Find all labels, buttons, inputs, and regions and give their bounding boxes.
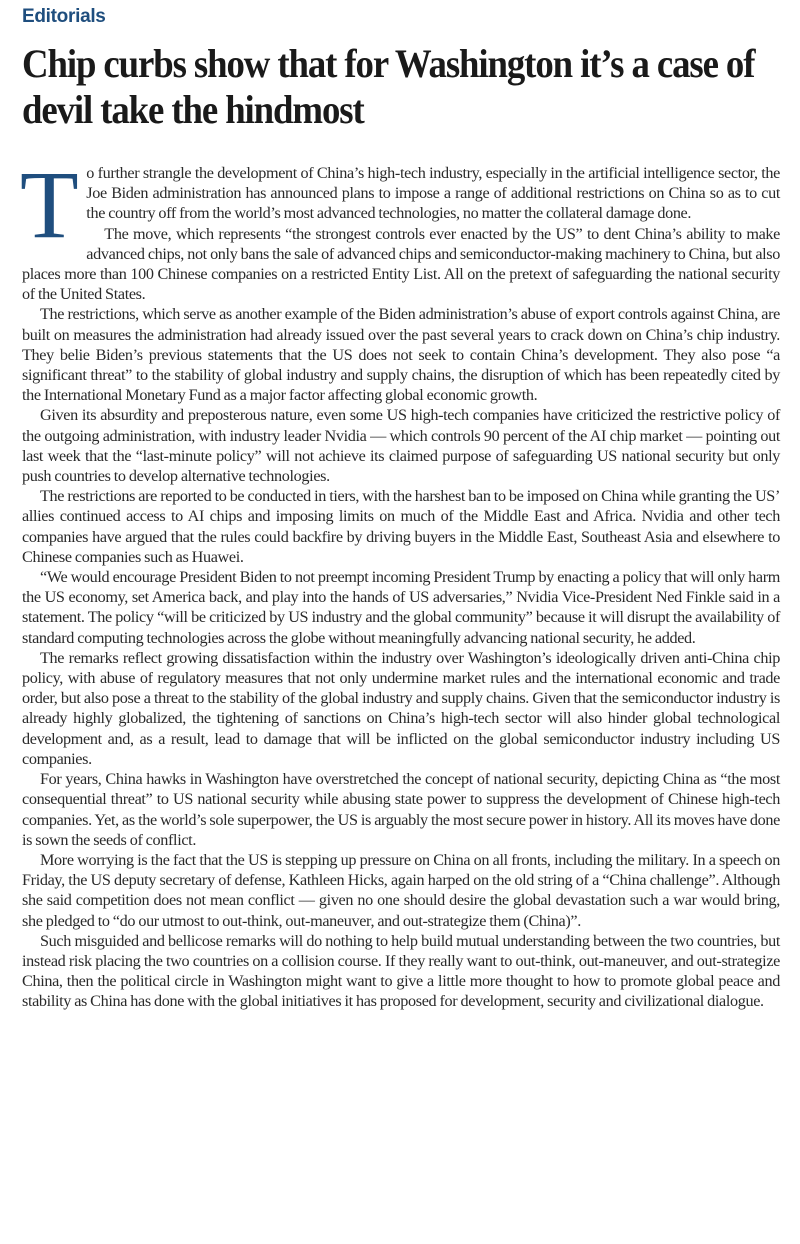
paragraph: The move, which represents “the stronges… [22, 224, 780, 305]
paragraph: The remarks reflect growing dissatisfact… [22, 648, 780, 769]
article-body: To further strangle the development of C… [22, 163, 780, 1012]
paragraph: The restrictions are reported to be cond… [22, 486, 780, 567]
paragraph: For years, China hawks in Washington hav… [22, 769, 780, 850]
paragraph: Such misguided and bellicose remarks wil… [22, 931, 780, 1012]
paragraph: The restrictions, which serve as another… [22, 304, 780, 405]
section-label: Editorials [22, 5, 780, 29]
editorial-page: Editorials Chip curbs show that for Wash… [22, 0, 780, 133]
drop-cap: T [20, 167, 78, 247]
paragraph-text: o further strangle the development of Ch… [86, 164, 780, 222]
paragraph: Given its absurdity and preposterous nat… [22, 405, 780, 486]
paragraph: “We would encourage President Biden to n… [22, 567, 780, 648]
paragraph: More worrying is the fact that the US is… [22, 850, 780, 931]
paragraph-lead: To further strangle the development of C… [22, 163, 780, 224]
headline: Chip curbs show that for Washington it’s… [22, 41, 776, 133]
